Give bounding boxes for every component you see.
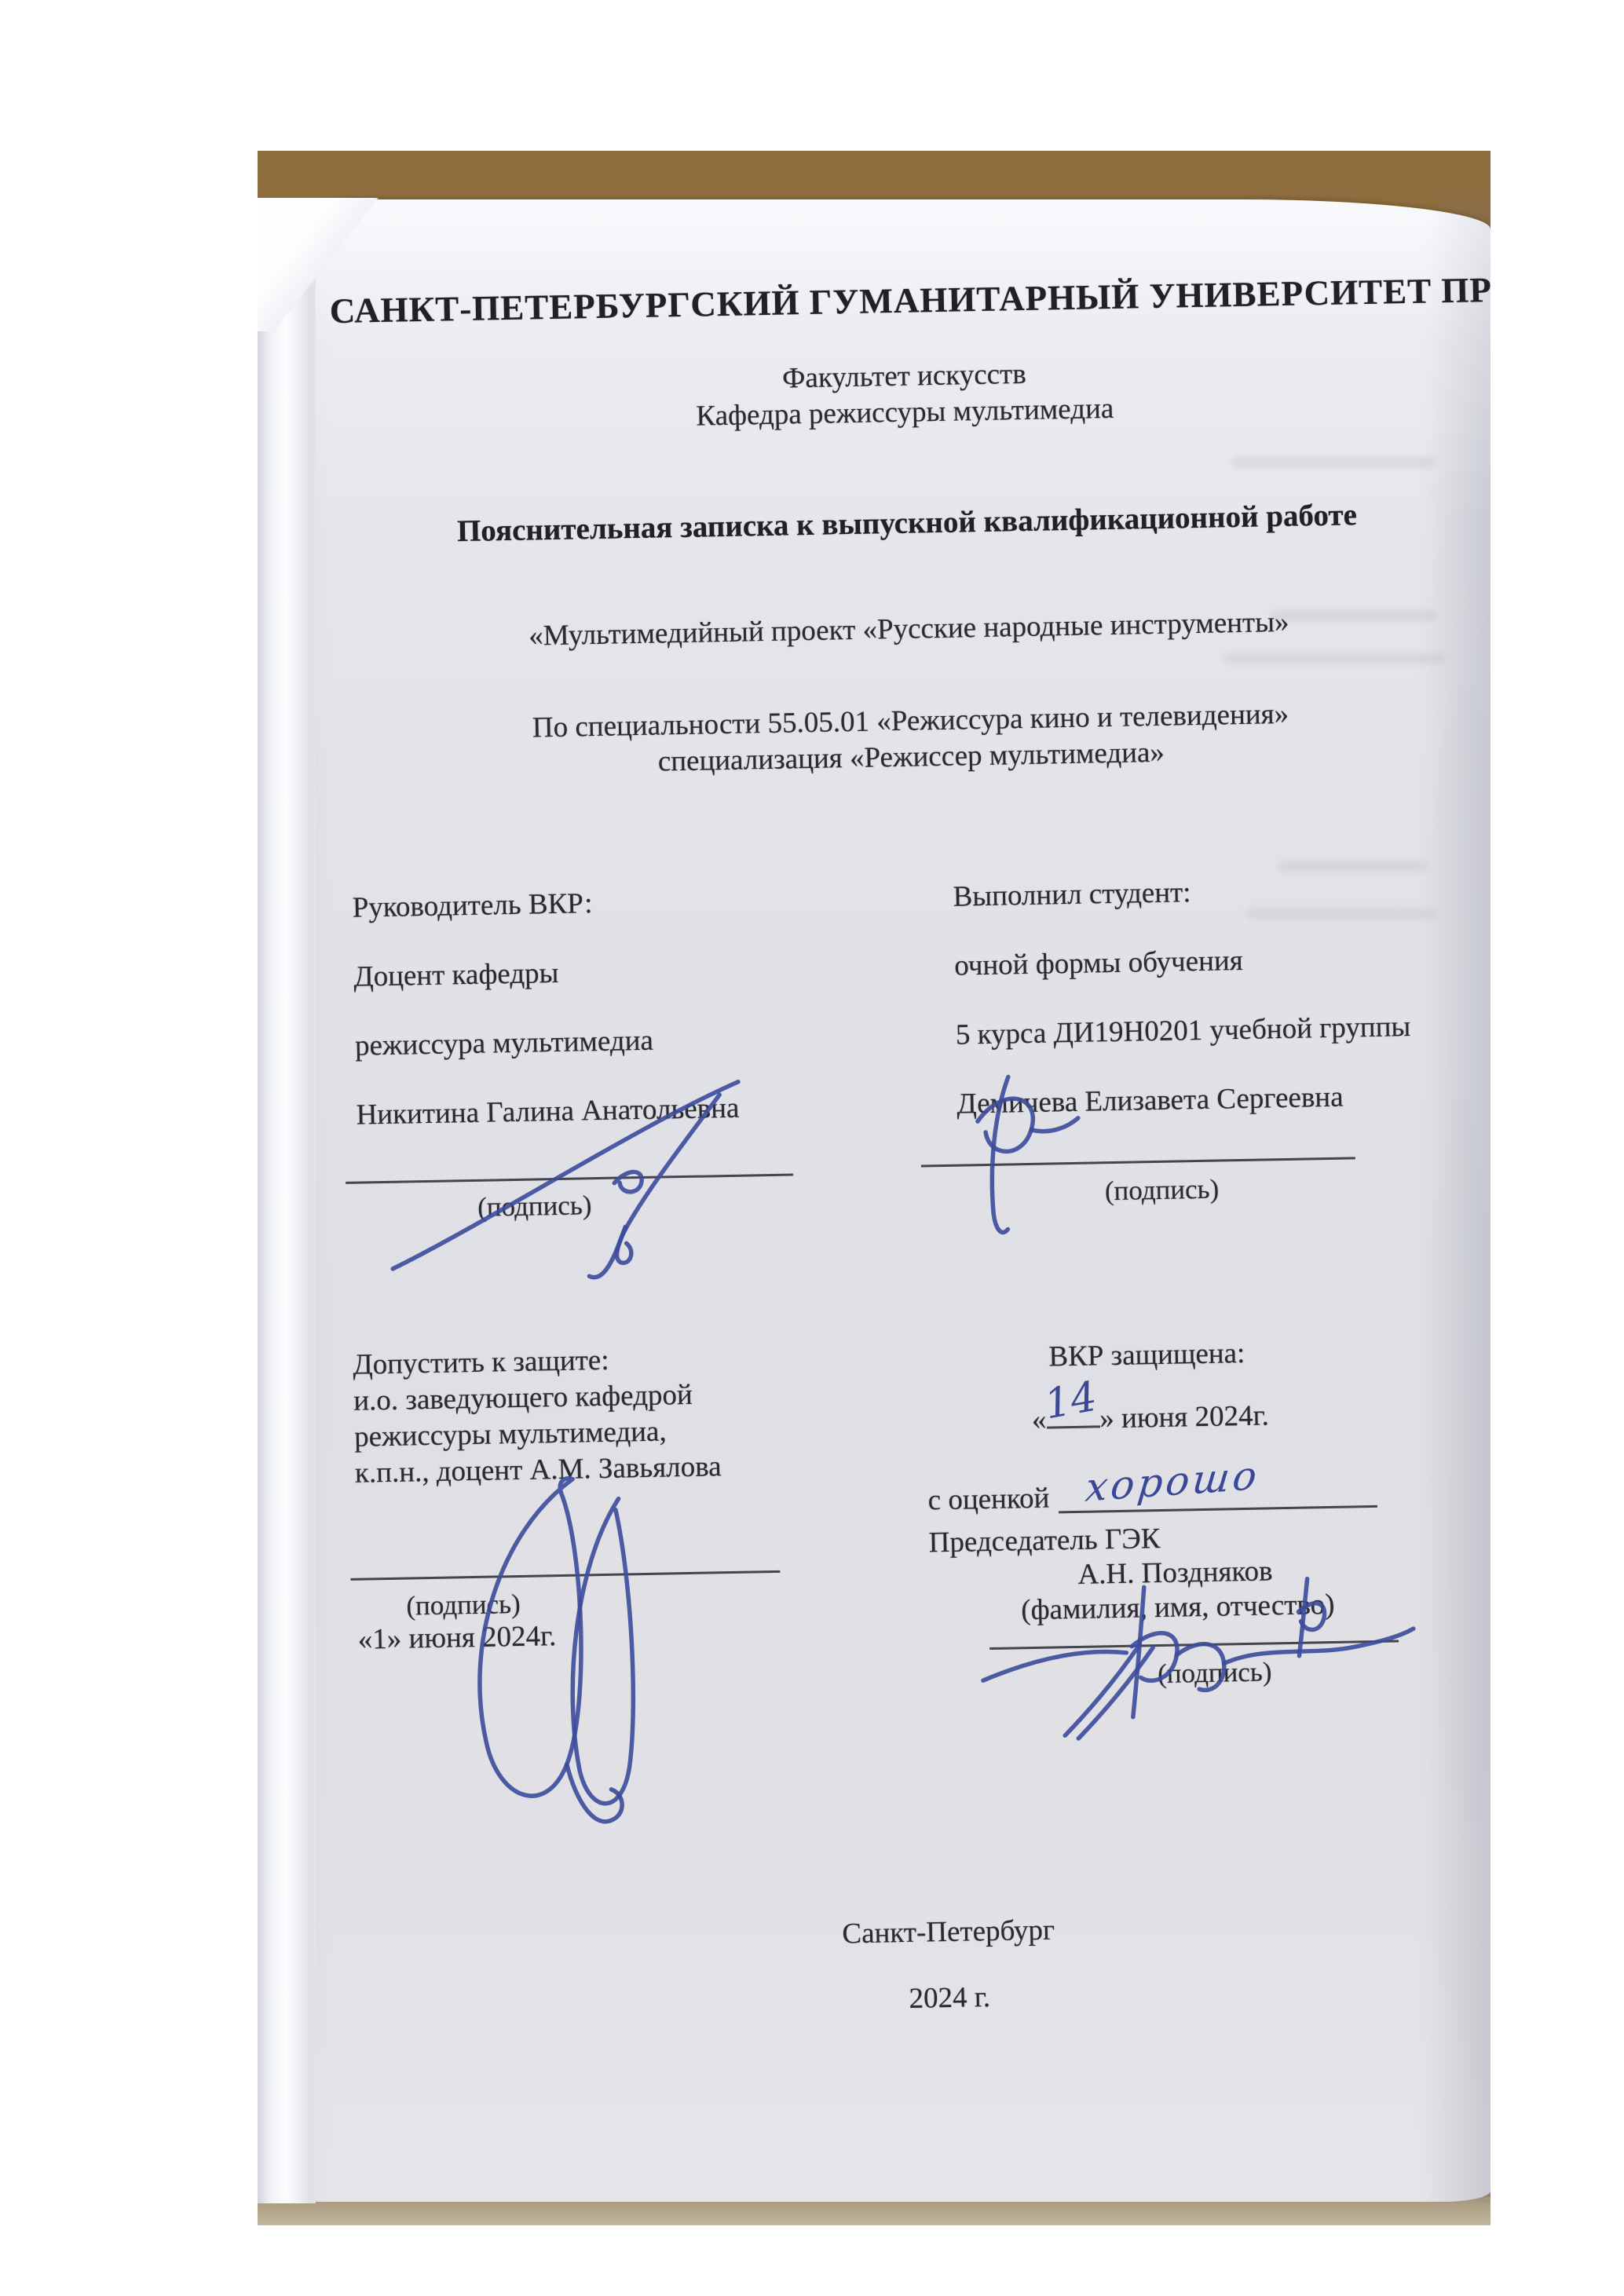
supervisor-role-2: режиссура мультимедиа: [355, 1024, 654, 1063]
grade-label: с оценкой: [927, 1482, 1049, 1518]
year-line: 2024 г.: [392, 1971, 1490, 2025]
admission-signature-ink: [406, 1459, 720, 1888]
student-group: 5 курса ДИ19Н0201 учебной группы: [955, 1010, 1410, 1052]
defense-date-rest: » июня 2024г.: [1099, 1399, 1269, 1435]
admission-line-2: и.о. заведующего кафедрой: [353, 1378, 693, 1418]
handwritten-day: 14: [1041, 1373, 1101, 1429]
admission-line-3: режиссуры мультимедиа,: [354, 1414, 667, 1453]
university-name: САНКТ-ПЕТЕРБУРГСКИЙ ГУМАНИТАРНЫЙ УНИВЕРС…: [329, 269, 1476, 331]
defense-label: ВКР защищена:: [1048, 1336, 1245, 1374]
admission-line-1: Допустить к защите:: [353, 1344, 609, 1382]
supervisor-role-1: Доцент кафедры: [353, 956, 559, 994]
student-mode: очной формы обучения: [954, 944, 1243, 983]
handwritten-grade: хорошо: [1084, 1453, 1262, 1511]
document-type-title: Пояснительная записка к выпускной квалиф…: [334, 495, 1481, 551]
supervisor-signature-ink: [367, 1055, 810, 1299]
work-title: «Мультимедийный проект «Русские народные…: [335, 601, 1483, 656]
scanned-thesis-title-page: САНКТ-ПЕТЕРБУРГСКИЙ ГУМАНИТАРНЫЙ УНИВЕРС…: [0, 0, 1624, 2296]
defense-date-open: «: [1031, 1404, 1046, 1436]
chairman-signature-ink: [969, 1555, 1428, 1791]
student-label: Выполнил студент:: [953, 876, 1191, 914]
city-line: Санкт-Петербург: [391, 1905, 1490, 1959]
student-signature-ink: [931, 1050, 1115, 1281]
document-photo: САНКТ-ПЕТЕРБУРГСКИЙ ГУМАНИТАРНЫЙ УНИВЕРС…: [258, 151, 1490, 2225]
typed-content-layer: САНКТ-ПЕТЕРБУРГСКИЙ ГУМАНИТАРНЫЙ УНИВЕРС…: [258, 151, 1490, 2225]
supervisor-label: Руководитель ВКР:: [352, 887, 592, 925]
chairman-label: Председатель ГЭК: [928, 1522, 1161, 1559]
